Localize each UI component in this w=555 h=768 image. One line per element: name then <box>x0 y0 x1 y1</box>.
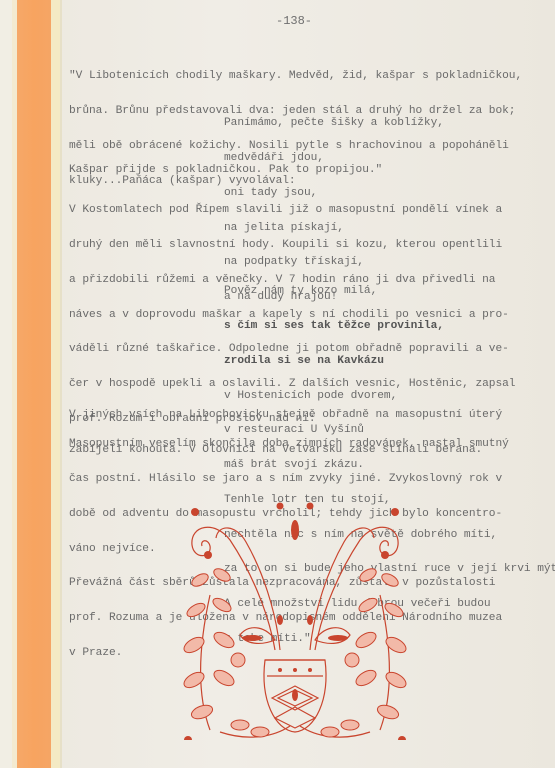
margin-line <box>60 0 62 768</box>
margin-strip-orange <box>17 0 51 768</box>
margin-strip-yellow <box>51 0 60 768</box>
text-line: V Kostomlatech pod Řípem slavili již o m… <box>69 205 515 217</box>
paragraph-1-closing: Kašpar přijde s pokladničkou. Pak to pro… <box>69 165 382 177</box>
folk-ornament-illustration <box>180 500 410 740</box>
verse-line: zrodila si se na Kavkázu <box>224 356 555 368</box>
text-line: Masopustním veselím skončila doba zimníc… <box>69 439 509 451</box>
text-line: čas postní. Hlásilo se jaro a s ním zvyk… <box>69 474 509 486</box>
verse-line: medvědáři jdou, <box>224 153 444 165</box>
document-page: -138- "V Libotenicích chodily maškary. M… <box>0 0 555 768</box>
text-line: "V Libotenicích chodily maškary. Medvěd,… <box>69 71 522 83</box>
text-line: druhý den měli slavnostní hody. Koupili … <box>69 240 515 252</box>
verse-line: Pověz nám ty kozo milá, <box>224 286 555 298</box>
verse-line: s čím si ses tak těžce provinila, <box>224 321 555 333</box>
verse-line: Panímámo, pečte šišky a koblížky, <box>224 118 444 130</box>
page-number: -138- <box>276 14 312 28</box>
